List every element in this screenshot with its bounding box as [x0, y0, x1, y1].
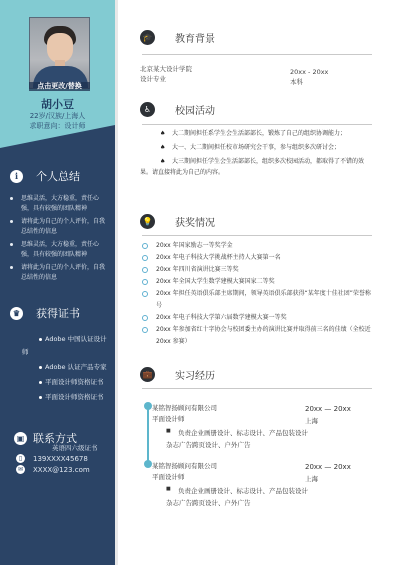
summary-item: 思维灵活，大方稳重，责任心强，具有较强的团队精神	[8, 240, 108, 260]
crown-icon: ♛	[10, 307, 23, 320]
certificate-item: Adobe 中国认证设计师	[22, 333, 112, 359]
activities-list: 大二期间担任系学生会生活部部长，锻炼了自己的组织协调能力； 大一、大二期间担任校…	[140, 128, 372, 181]
photo-face	[47, 33, 73, 63]
award-item: 20xx 年电子科技大学第六届数学建模大赛一等奖	[140, 312, 375, 324]
education-title: 教育背景	[175, 30, 215, 45]
lightbulb-icon: 💡	[140, 214, 155, 229]
briefcase-icon: 💼	[140, 367, 155, 382]
summary-item: 请将此为自己的个人评价，自我总结性的信息	[8, 217, 108, 237]
certificate-item: 平面设计师资格证书	[22, 376, 112, 389]
award-item: 20xx 年全国大学生数学建模大赛国家二等奖	[140, 276, 375, 288]
job-dates: 20xx — 20xx	[305, 463, 351, 471]
education-dates: 20xx - 20xx	[290, 67, 328, 77]
job-location: 上海	[305, 416, 318, 425]
certificates-heading: ♛ 获得证书	[10, 305, 80, 321]
summary-item: 思维灵活，大方稳重，责任心强，具有较强的团队精神	[8, 194, 108, 214]
job-duty: 负责企业画册设计、标志设计、产品包装设计	[178, 486, 308, 495]
activity-item: 大三期间担任学生会生活部部长，组织多次校园活动，都取得了不错的效果。请直接将此为…	[140, 156, 372, 178]
education-left: 北京某大设计学院 设计专业	[140, 64, 192, 84]
awards-heading: 💡 获奖情况	[140, 214, 215, 229]
internship-title: 实习经历	[175, 367, 215, 382]
activities-title: 校园活动	[175, 102, 215, 117]
certificates-title: 获得证书	[36, 305, 80, 321]
job-objective: 求职意向：设计师	[0, 121, 115, 131]
section-divider	[142, 54, 372, 55]
job-company: 某铭智扬顾问有限公司	[152, 461, 217, 470]
activity-item: 大二期间担任系学生会生活部部长，锻炼了自己的组织协调能力；	[140, 128, 372, 139]
sidebar: 点击更改/替换 胡小豆 22岁/汉族/上海人 求职意向：设计师 i 个人总结 思…	[0, 0, 115, 565]
info-icon: i	[10, 170, 23, 183]
job-title: 平面设计师	[152, 414, 185, 423]
awards-title: 获奖情况	[175, 214, 215, 229]
award-item: 20xx 年电子科技大学挑战杯主持人大赛第一名	[140, 252, 375, 264]
summary-list: 思维灵活，大方稳重，责任心强，具有较强的团队精神 请将此为自己的个人评价，自我总…	[8, 194, 108, 286]
profile-photo[interactable]	[29, 17, 90, 89]
award-item: 20xx 年担任英语俱乐部主席期间，领导英语俱乐部获得“某年度十佳社团”荣誉称号	[140, 288, 375, 312]
job-duty: 负责企业画册设计、标志设计、产品包装设计	[178, 428, 308, 437]
email-icon: ✉	[16, 465, 25, 474]
certificate-item-extra: 英语四六级证书	[52, 443, 98, 452]
section-divider	[142, 388, 372, 389]
job-duty: 杂志广告跨页设计、户外广告	[166, 498, 251, 507]
contact-phone: ▯ 139XXXX45678	[16, 454, 88, 463]
timeline-line	[147, 406, 149, 464]
candidate-basic-info: 22岁/汉族/上海人	[0, 111, 115, 121]
certificate-item: 平面设计师资格证书	[22, 391, 112, 404]
summary-item: 请将此为自己的个人评价，自我总结性的信息	[8, 263, 108, 283]
job-title: 平面设计师	[152, 472, 185, 481]
education-heading: 🎓 教育背景	[140, 30, 215, 45]
summary-heading: i 个人总结	[10, 168, 80, 184]
job-location: 上海	[305, 474, 318, 483]
contact-card-icon: ▣	[14, 432, 27, 445]
award-item: 20xx 年参加省红十字协会与校团委主办的演讲比赛并取得前三名的佳绩（全校近 2…	[140, 324, 375, 348]
job-duty: 杂志广告跨页设计、户外广告	[166, 440, 251, 449]
timeline-dot	[144, 402, 152, 410]
education-right: 20xx - 20xx 本科	[290, 67, 328, 87]
phone-icon: ▯	[16, 454, 25, 463]
job-dates: 20xx — 20xx	[305, 405, 351, 413]
certificate-item-label: 英语四六级证书	[52, 443, 98, 452]
activity-item: 大一、大二期间担任校市场研究会干事，参与组织多次研讨会；	[140, 142, 372, 153]
section-divider	[142, 235, 372, 236]
main-content: 🎓 教育背景 北京某大设计学院 设计专业 20xx - 20xx 本科 ♿ 校园…	[118, 0, 400, 565]
major: 设计专业	[140, 74, 192, 84]
activity-icon: ♿	[140, 102, 155, 117]
summary-title: 个人总结	[36, 168, 80, 184]
internship-heading: 💼 实习经历	[140, 367, 215, 382]
award-item: 20xx 年国家励志一等奖学金	[140, 240, 375, 252]
email-address[interactable]: XXXX@123.com	[33, 466, 90, 474]
contact-email: ✉ XXXX@123.com	[16, 465, 90, 474]
timeline-dot	[144, 460, 152, 468]
graduation-cap-icon: 🎓	[140, 30, 155, 45]
section-divider	[142, 124, 372, 125]
job-company: 某铭智扬顾问有限公司	[152, 403, 217, 412]
award-item: 20xx 年四川省演讲比赛三等奖	[140, 264, 375, 276]
photo-change-caption[interactable]: 点击更改/替换	[29, 82, 90, 91]
phone-number[interactable]: 139XXXX45678	[33, 455, 88, 463]
candidate-name: 胡小豆	[0, 96, 115, 112]
school-name: 北京某大设计学院	[140, 64, 192, 74]
certificates-list: Adobe 中国认证设计师 Adobe 认证产品专家 平面设计师资格证书 平面设…	[22, 333, 112, 406]
awards-list: 20xx 年国家励志一等奖学金 20xx 年电子科技大学挑战杯主持人大赛第一名 …	[140, 240, 375, 348]
degree: 本科	[290, 77, 328, 87]
certificate-item: Adobe 认证产品专家	[22, 361, 112, 374]
activities-heading: ♿ 校园活动	[140, 102, 215, 117]
